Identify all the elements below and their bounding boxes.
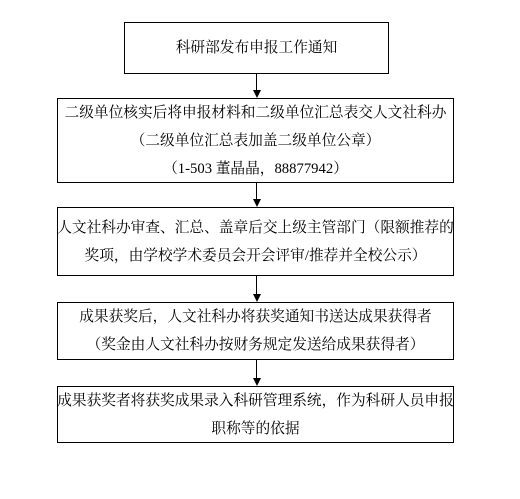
down-arrow-connector: [252, 360, 261, 386]
flow-node-award-notify: 成果获奖后，人文社科办将获奖通知书送达成果获得者 （奖金由人文社科办按财务规定发…: [57, 302, 454, 360]
arrow-shaft: [256, 360, 257, 378]
flow-node-office-review: 人文社科办审查、汇总、盖章后交上级主管部门（限额推荐的 奖项，由学校学术委员会开…: [57, 207, 454, 276]
arrow-shaft: [256, 276, 257, 294]
arrow-head-icon: [253, 199, 261, 207]
down-arrow-connector: [252, 183, 261, 207]
flow-node-text: 二级单位核实后将申报材料和二级单位汇总表交人文社科办: [65, 99, 447, 127]
down-arrow-connector: [252, 276, 261, 302]
flow-node-text: （奖金由人文社科办按财务规定发送给成果获得者）: [87, 331, 425, 359]
arrow-shaft: [256, 74, 257, 90]
flow-node-text: 成果获奖者将获奖成果录入科研管理系统，作为科研人员申报: [57, 387, 454, 415]
arrow-head-icon: [253, 378, 261, 386]
arrow-head-icon: [253, 294, 261, 302]
flow-node-text: 职称等的依据: [211, 415, 299, 443]
flow-node-record-system: 成果获奖者将获奖成果录入科研管理系统，作为科研人员申报 职称等的依据: [57, 386, 454, 443]
flow-node-text: 科研部发布申报工作通知: [176, 34, 338, 62]
down-arrow-connector: [252, 74, 261, 98]
flowchart-canvas: 科研部发布申报工作通知 二级单位核实后将申报材料和二级单位汇总表交人文社科办 （…: [0, 0, 520, 499]
arrow-shaft: [256, 183, 257, 199]
arrow-head-icon: [253, 90, 261, 98]
flow-node-text: 奖项，由学校学术委员会开会评审/推荐并全校公示）: [85, 242, 427, 270]
flow-node-secondary-unit-submit: 二级单位核实后将申报材料和二级单位汇总表交人文社科办 （二级单位汇总表加盖二级单…: [57, 98, 454, 183]
flow-node-text: （二级单位汇总表加盖二级单位公章）: [131, 127, 381, 155]
flow-node-text: 成果获奖后，人文社科办将获奖通知书送达成果获得者: [79, 303, 432, 331]
flow-node-text: 人文社科办审查、汇总、盖章后交上级主管部门（限额推荐的: [57, 214, 454, 242]
flow-node-contact-text: （1-503 董晶晶，88877942）: [163, 155, 348, 183]
flow-node-notice: 科研部发布申报工作通知: [124, 22, 389, 74]
